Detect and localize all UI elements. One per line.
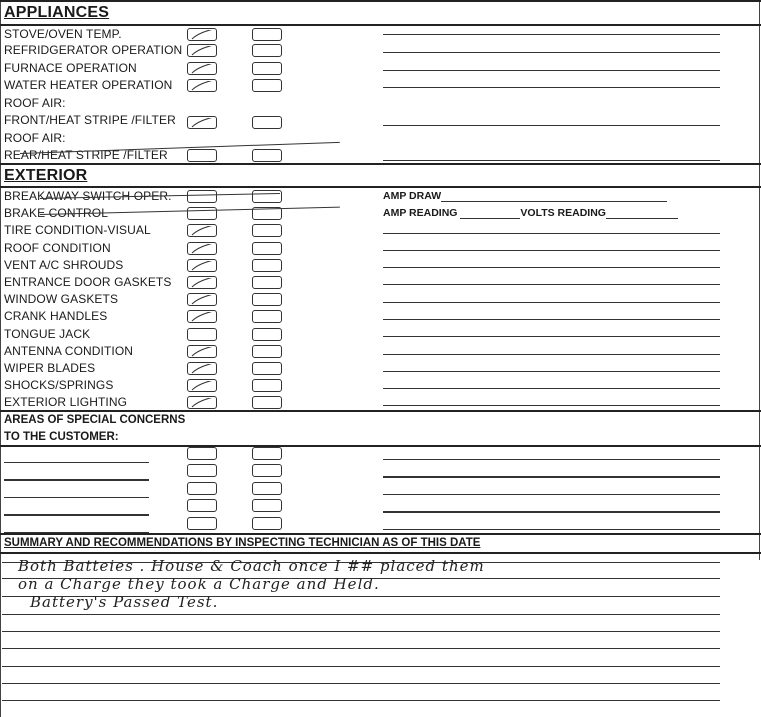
pass-checkbox[interactable] bbox=[187, 447, 217, 460]
special-concerns-title: AREAS OF SPECIAL CONCERNS bbox=[4, 414, 185, 426]
notes-line[interactable] bbox=[383, 125, 720, 126]
notes-line[interactable] bbox=[383, 160, 720, 161]
special-rule bbox=[0, 445, 761, 447]
checkmark-icon bbox=[191, 261, 215, 271]
fail-checkbox[interactable] bbox=[252, 149, 282, 162]
checkmark-icon bbox=[191, 244, 215, 254]
amp-draw-input[interactable] bbox=[441, 191, 667, 202]
checkmark-icon bbox=[191, 30, 215, 40]
right-border bbox=[759, 0, 760, 560]
fail-checkbox[interactable] bbox=[252, 447, 282, 460]
exterior-row-label: EXTERIOR LIGHTING bbox=[4, 395, 127, 409]
notes-line[interactable] bbox=[383, 511, 720, 512]
exterior-row-label: WIPER BLADES bbox=[4, 361, 95, 375]
fail-checkbox[interactable] bbox=[252, 362, 282, 375]
checkmark-icon bbox=[191, 381, 215, 391]
fail-checkbox[interactable] bbox=[252, 379, 282, 392]
pass-checkbox[interactable] bbox=[187, 44, 217, 57]
notes-line[interactable] bbox=[383, 233, 720, 234]
checkmark-icon bbox=[191, 46, 215, 56]
pass-checkbox[interactable] bbox=[187, 345, 217, 358]
pass-checkbox[interactable] bbox=[187, 499, 217, 512]
checkmark-icon bbox=[191, 118, 215, 128]
checkmark-icon bbox=[191, 64, 215, 74]
notes-line[interactable] bbox=[383, 319, 720, 320]
exterior-row-label: WINDOW GASKETS bbox=[4, 292, 118, 306]
fail-checkbox[interactable] bbox=[252, 293, 282, 306]
exterior-top-rule bbox=[0, 163, 761, 165]
checkmark-icon bbox=[191, 295, 215, 305]
pass-checkbox[interactable] bbox=[187, 293, 217, 306]
pass-checkbox[interactable] bbox=[187, 464, 217, 477]
notes-line[interactable] bbox=[383, 354, 720, 355]
special-top-rule bbox=[0, 410, 761, 412]
notes-line[interactable] bbox=[383, 87, 720, 88]
fail-checkbox[interactable] bbox=[252, 116, 282, 129]
pass-checkbox[interactable] bbox=[187, 379, 217, 392]
pass-checkbox[interactable] bbox=[187, 276, 217, 289]
summary-writing-line[interactable] bbox=[2, 700, 720, 701]
pass-checkbox[interactable] bbox=[187, 310, 217, 323]
exterior-row-label: CRANK HANDLES bbox=[4, 309, 107, 323]
appliance-row-label: ROOF AIR: bbox=[4, 96, 66, 110]
exterior-row-label: ROOF CONDITION bbox=[4, 241, 111, 255]
special-concerns-subtitle: TO THE CUSTOMER: bbox=[4, 431, 119, 443]
concern-input-line[interactable] bbox=[4, 479, 149, 480]
fail-checkbox[interactable] bbox=[252, 482, 282, 495]
fail-checkbox[interactable] bbox=[252, 499, 282, 512]
appliance-row-label: STOVE/OVEN TEMP. bbox=[4, 27, 122, 41]
pass-checkbox[interactable] bbox=[187, 28, 217, 41]
notes-line[interactable] bbox=[383, 250, 720, 251]
summary-rule bbox=[0, 552, 761, 554]
fail-checkbox[interactable] bbox=[252, 517, 282, 530]
fail-checkbox[interactable] bbox=[252, 259, 282, 272]
notes-line[interactable] bbox=[383, 388, 720, 389]
appliance-row-label: REFRIDGERATOR OPERATION bbox=[4, 43, 182, 57]
summary-handwriting-line-3: Battery's Passed Test. bbox=[30, 593, 218, 611]
notes-line[interactable] bbox=[383, 529, 720, 530]
left-border bbox=[0, 0, 1, 717]
volts-reading-input[interactable] bbox=[606, 208, 678, 219]
checkmark-icon bbox=[191, 364, 215, 374]
fail-checkbox[interactable] bbox=[252, 242, 282, 255]
fail-checkbox[interactable] bbox=[252, 345, 282, 358]
pass-checkbox[interactable] bbox=[187, 242, 217, 255]
notes-line[interactable] bbox=[383, 494, 720, 495]
pass-checkbox[interactable] bbox=[187, 362, 217, 375]
exterior-title: EXTERIOR bbox=[4, 167, 87, 185]
top-rule bbox=[0, 0, 761, 2]
pass-checkbox[interactable] bbox=[187, 482, 217, 495]
concern-input-line[interactable] bbox=[4, 497, 149, 498]
notes-line[interactable] bbox=[383, 459, 720, 460]
exterior-row-label: TIRE CONDITION-VISUAL bbox=[4, 223, 151, 237]
pass-checkbox[interactable] bbox=[187, 517, 217, 530]
pass-checkbox[interactable] bbox=[187, 224, 217, 237]
summary-top-rule bbox=[0, 533, 761, 535]
appliance-row-label: FURNACE OPERATION bbox=[4, 61, 137, 75]
appliances-title: APPLIANCES bbox=[4, 4, 109, 22]
summary-writing-line[interactable] bbox=[2, 666, 720, 667]
checkmark-icon bbox=[191, 81, 215, 91]
pass-checkbox[interactable] bbox=[187, 149, 217, 162]
pass-checkbox[interactable] bbox=[187, 328, 217, 341]
notes-line[interactable] bbox=[383, 336, 720, 337]
concern-input-line[interactable] bbox=[4, 462, 149, 463]
appliance-row-label: WATER HEATER OPERATION bbox=[4, 78, 172, 92]
fail-checkbox[interactable] bbox=[252, 62, 282, 75]
fail-checkbox[interactable] bbox=[252, 44, 282, 57]
appliances-rule bbox=[0, 24, 761, 26]
amp-reading-label: AMP READING bbox=[383, 207, 457, 219]
checkmark-icon bbox=[191, 398, 215, 408]
checkmark-icon bbox=[191, 312, 215, 322]
amp-reading-input[interactable] bbox=[460, 208, 520, 219]
summary-handwriting-line-2: on a Charge they took a Charge and Held. bbox=[18, 575, 380, 593]
fail-checkbox[interactable] bbox=[252, 190, 282, 203]
notes-line[interactable] bbox=[383, 371, 720, 372]
fail-checkbox[interactable] bbox=[252, 310, 282, 323]
fail-checkbox[interactable] bbox=[252, 328, 282, 341]
notes-line[interactable] bbox=[383, 52, 720, 53]
notes-line[interactable] bbox=[383, 284, 720, 285]
notes-line[interactable] bbox=[383, 267, 720, 268]
exterior-row-label: ENTRANCE DOOR GASKETS bbox=[4, 275, 171, 289]
fail-checkbox[interactable] bbox=[252, 276, 282, 289]
amp-draw-label: AMP DRAW bbox=[383, 190, 441, 202]
pass-checkbox[interactable] bbox=[187, 116, 217, 129]
amp-draw-field[interactable]: AMP DRAW bbox=[383, 190, 667, 202]
fail-checkbox[interactable] bbox=[252, 464, 282, 477]
appliance-row-label: FRONT/HEAT STRIPE /FILTER bbox=[4, 113, 176, 127]
fail-checkbox[interactable] bbox=[252, 224, 282, 237]
summary-writing-line[interactable] bbox=[2, 648, 720, 649]
fail-checkbox[interactable] bbox=[252, 79, 282, 92]
volts-reading-label: VOLTS READING bbox=[520, 207, 606, 219]
exterior-rule bbox=[0, 186, 761, 188]
summary-writing-line[interactable] bbox=[2, 631, 720, 632]
notes-line[interactable] bbox=[383, 34, 720, 35]
pass-checkbox[interactable] bbox=[187, 79, 217, 92]
summary-writing-line[interactable] bbox=[2, 614, 720, 615]
fail-checkbox[interactable] bbox=[252, 28, 282, 41]
amp-reading-field[interactable]: AMP READING VOLTS READING bbox=[383, 207, 678, 219]
checkmark-icon bbox=[191, 226, 215, 236]
exterior-row-label: ANTENNA CONDITION bbox=[4, 344, 133, 358]
exterior-row-label: VENT A/C SHROUDS bbox=[4, 258, 123, 272]
appliance-row-label: ROOF AIR: bbox=[4, 131, 66, 145]
pass-checkbox[interactable] bbox=[187, 396, 217, 409]
pass-checkbox[interactable] bbox=[187, 190, 217, 203]
notes-line[interactable] bbox=[383, 70, 720, 71]
exterior-row-label: SHOCKS/SPRINGS bbox=[4, 378, 113, 392]
fail-checkbox[interactable] bbox=[252, 396, 282, 409]
concern-input-line[interactable] bbox=[4, 514, 149, 515]
pass-checkbox[interactable] bbox=[187, 259, 217, 272]
pass-checkbox[interactable] bbox=[187, 62, 217, 75]
summary-writing-line[interactable] bbox=[2, 683, 720, 684]
summary-handwriting-line-1: Both Batteies . House & Coach once I ## … bbox=[18, 557, 485, 575]
checkmark-icon bbox=[191, 278, 215, 288]
exterior-row-label: TONGUE JACK bbox=[4, 327, 90, 341]
notes-line[interactable] bbox=[383, 302, 720, 303]
notes-line[interactable] bbox=[383, 405, 720, 406]
checkmark-icon bbox=[191, 347, 215, 357]
notes-line[interactable] bbox=[383, 476, 720, 477]
summary-title: SUMMARY AND RECOMMENDATIONS BY INSPECTIN… bbox=[4, 537, 480, 549]
